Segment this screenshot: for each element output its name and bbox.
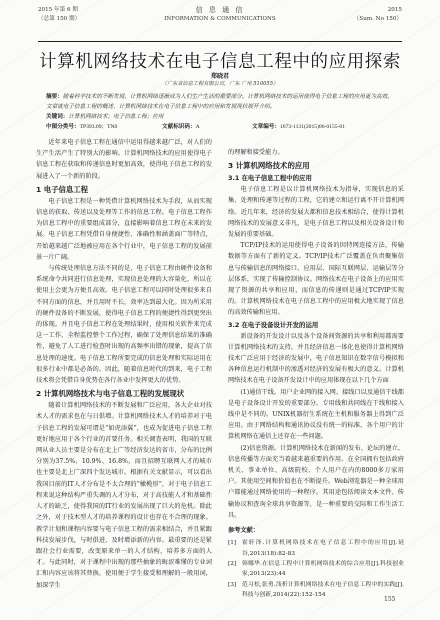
author-affiliation: （广东省信息工程有限公司，广东 广州 510055） (0, 80, 440, 87)
section-3-1-heading: 3.1 在电子信息工程中的应用 (228, 172, 404, 184)
abstract-text: 随着科学技术的不断发展，计算机网络逐渐成为人们生产生活的重要部分。计算机网络技术… (46, 94, 393, 110)
header-rule (38, 41, 402, 42)
section-3-1-paragraph-2: TCP/IP技术的运用使得电子设备的因特网连接方法、传输数据等方面有了新的定义。… (228, 240, 404, 318)
section-3-2-heading: 3.2 在电子设备设计开发的运用 (228, 319, 404, 331)
article-number: 文章编号：1673-1131(2015)06-0155-01 (252, 122, 345, 132)
references-list: [1] 霍轩泽.计算机网络技术在电子信息工程中的应用[J].硅谷,2013(18… (228, 538, 404, 600)
right-column: 的理解和接受能力。 3 计算机网络技术的应用 3.1 在电子信息工程中的应用 电… (228, 147, 404, 601)
section-3-2-paragraph-1: 新设备的开发设计以及各个设备间资源的共享和利用都需要计算机网络技术的支持，并且经… (228, 331, 404, 387)
article-title: 计算机网络技术在电子信息工程中的应用探索 (0, 48, 440, 73)
section-3-heading: 3 计算机网络技术的应用 (228, 159, 404, 172)
keywords-text: 计算机网络技术；电子信息工程；应用 (68, 114, 163, 120)
keywords: 关键词：计算机网络技术；电子信息工程；应用 (46, 112, 394, 122)
section-1-heading: 1 电子信息工程 (36, 183, 212, 196)
page-number: 155 (384, 596, 395, 603)
intro-paragraph: 近年来电子信息工程在通信中运用得越来越广泛，对人们的生产生活产生了特别大的影响。… (36, 137, 212, 182)
abstract-block: 摘要：随着科学技术的不断发展，计算机网络逐渐成为人们生产生活的重要部分。计算机网… (46, 92, 394, 132)
author-name: 郑晓君 (0, 71, 440, 80)
section-3-2-paragraph-3: (2)信息资源。计算机网络技术在新闻的发布、论坛的建立、信息传播等方面充当着越来… (228, 443, 404, 521)
section-2-paragraph-1: 随着计算机网络技术的不断发展和广泛应用，各大企业对技术人才的需求也在与日俱增。计… (36, 400, 212, 590)
section-1-paragraph-2: 与传统处理信息方法不同的是，电子信息工程由硬件设备和系统命令共同进行信息处理，实… (36, 263, 212, 386)
reference-item: [1] 霍轩泽.计算机网络技术在电子信息工程中的应用[J].硅谷,2013(18… (228, 538, 404, 559)
references-heading: 参考文献： (228, 524, 404, 538)
clc-number: 中图分类号：TP393.09；TN0 (46, 122, 162, 132)
section-1-paragraph-1: 电子信息工程是一种凭借计算机网络技术为手段，从而实现信息的获取、传送以及处理等工… (36, 196, 212, 263)
reference-item: [3] 范习松,张勇.浅析计算机网络技术在电子信息工程中的实践[J].科技与创新… (228, 580, 404, 601)
keywords-label: 关键词： (46, 114, 68, 120)
continued-text: 的理解和接受能力。 (228, 147, 404, 158)
abstract-label: 摘要： (46, 94, 63, 100)
reference-item: [2] 韩娜华.在信息工程中计算机网络技术的综合应用[J].科技创业家,2013… (228, 559, 404, 580)
journal-name: 信 息 通 信 INFORMATION & COMMUNICATIONS (38, 6, 402, 24)
abstract: 摘要：随着科学技术的不断发展，计算机网络逐渐成为人们生产生活的重要部分。计算机网… (46, 92, 394, 112)
section-3-2-paragraph-2: (1)通信干线。用户企业网的接入网、接线口以及通信干线都是电子设备设计开发的重要… (228, 387, 404, 443)
journal-name-cn: 信 息 通 信 (38, 6, 402, 15)
left-column: 近年来电子信息工程在通信中运用得越来越广泛，对人们的生产生活产生了特别大的影响。… (36, 137, 212, 591)
year-info: 2015 （Sum. No 150） (354, 6, 402, 24)
journal-name-en: INFORMATION & COMMUNICATIONS (38, 15, 402, 24)
paper-page: 2015 年第 6 期 （总第 150 期） 信 息 通 信 INFORMATI… (0, 0, 440, 620)
sum-number: （Sum. No 150） (354, 15, 402, 24)
running-header: 2015 年第 6 期 （总第 150 期） 信 息 通 信 INFORMATI… (38, 6, 402, 44)
classification-row: 中图分类号：TP393.09；TN0 文献标识码：A 文章编号：1673-113… (46, 122, 394, 132)
section-3-1-paragraph-1: 电子信息工程是以计算机网络技术为指导，实现信息的采集、处理和传递等过程的工程，它… (228, 184, 404, 240)
section-2-heading: 2 计算机网络技术与电子信息工程的发展现状 (36, 387, 212, 400)
year: 2015 (354, 6, 402, 15)
document-code: 文献标识码：A (162, 122, 252, 132)
